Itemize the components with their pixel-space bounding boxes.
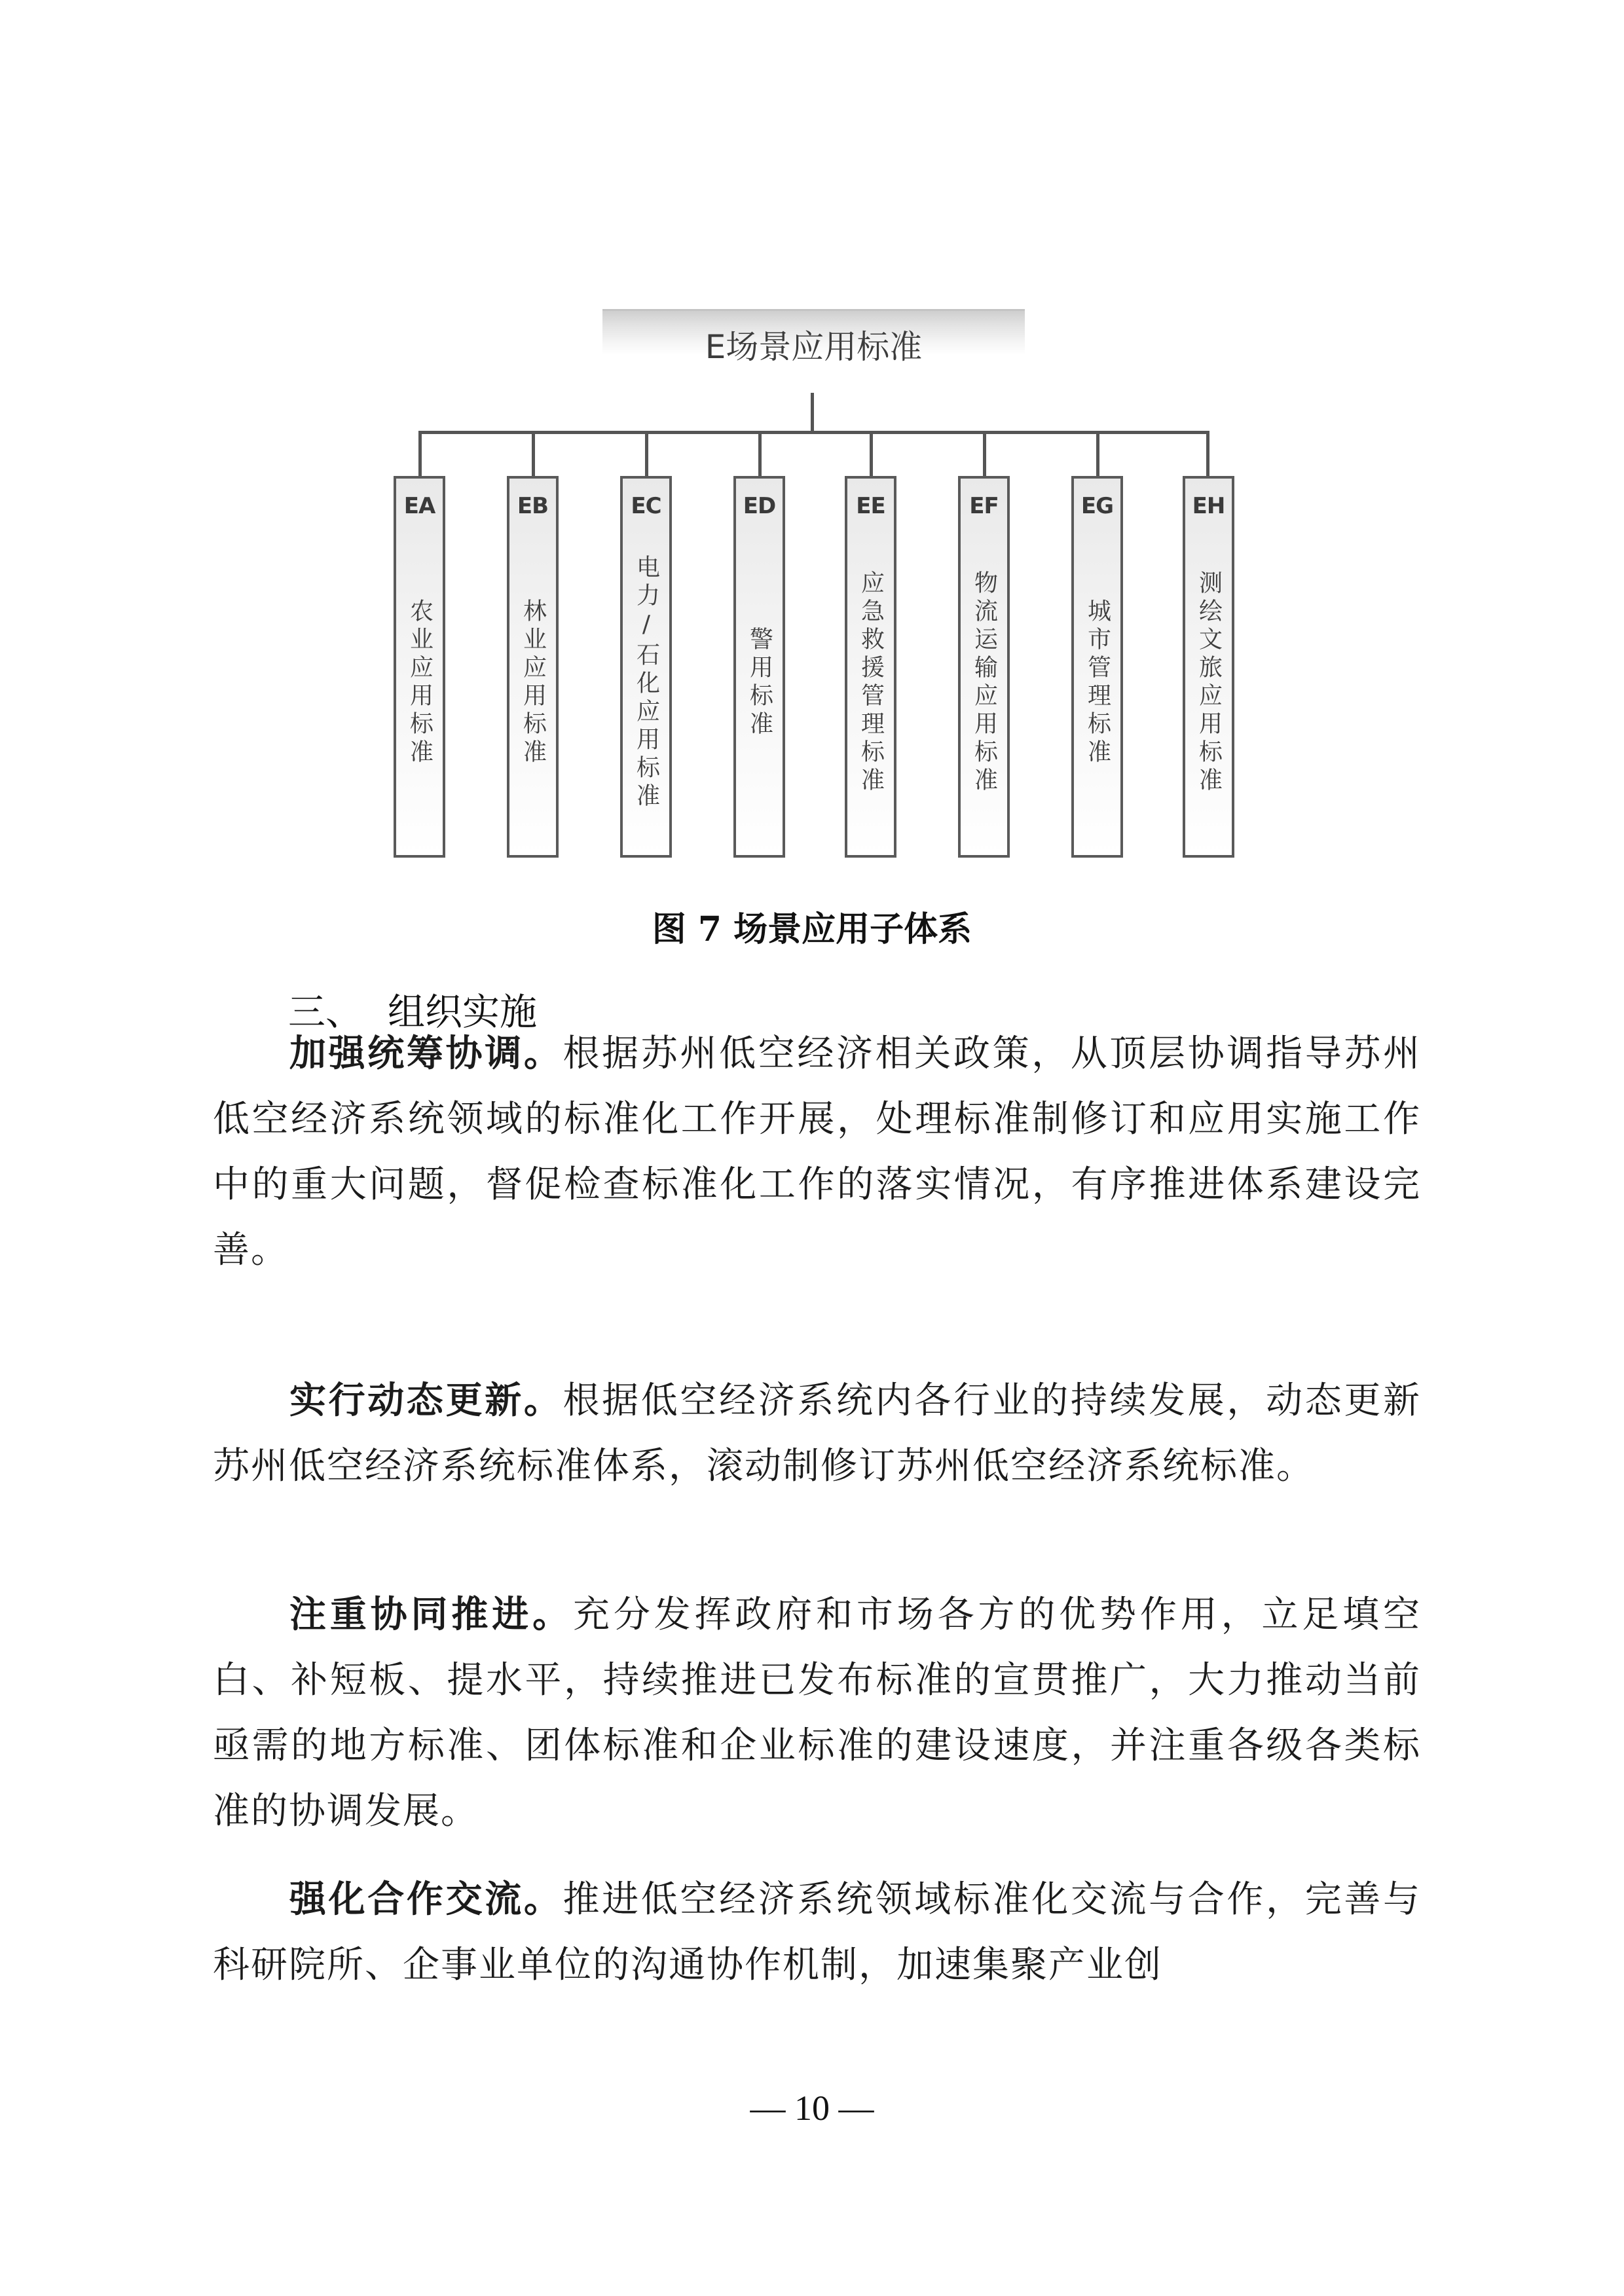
- node-code: EE: [847, 493, 894, 519]
- node-code: EB: [509, 493, 556, 519]
- node-name: 电力/石化应用标准: [633, 519, 659, 847]
- node-name: 警用标准: [747, 519, 773, 847]
- node-name: 应急救援管理标准: [858, 519, 884, 847]
- node-code: EG: [1074, 493, 1120, 519]
- node-name: 物流运输应用标准: [971, 519, 997, 847]
- branch-connector: [532, 431, 535, 478]
- node-ed: ED 警用标准: [733, 476, 785, 858]
- node-code: EC: [623, 493, 669, 519]
- node-code: EF: [961, 493, 1007, 519]
- branch-connector: [983, 431, 986, 478]
- horizontal-connector: [418, 431, 1209, 434]
- node-ee: EE 应急救援管理标准: [845, 476, 896, 858]
- branch-connector: [758, 431, 762, 478]
- paragraph-cooperation: 强化合作交流。推进低空经济系统领域标准化交流与合作，完善与科研院所、企事业单位的…: [213, 1867, 1421, 1998]
- node-name: 城市管理标准: [1084, 519, 1111, 847]
- branch-connector: [418, 431, 422, 478]
- node-code: EA: [396, 493, 443, 519]
- branch-connector: [1096, 431, 1099, 478]
- document-page: E场景应用标准 EA 农业应用标准 EB 林业应用标准 EC 电力/石化应用标准…: [0, 0, 1624, 2296]
- node-code: ED: [736, 493, 783, 519]
- page-number: — 10 —: [0, 2085, 1624, 2131]
- paragraph-coordination: 加强统筹协调。根据苏州低空经济相关政策，从顶层协调指导苏州低空经济系统领域的标准…: [213, 1021, 1421, 1283]
- node-code: EH: [1185, 493, 1232, 519]
- paragraph-dynamic-update: 实行动态更新。根据低空经济系统内各行业的持续发展，动态更新苏州低空经济系统标准体…: [213, 1368, 1421, 1499]
- root-connector: [811, 393, 814, 433]
- node-ef: EF 物流运输应用标准: [958, 476, 1010, 858]
- paragraph-lead: 加强统筹协调。: [289, 1032, 563, 1075]
- node-eg: EG 城市管理标准: [1071, 476, 1123, 858]
- branch-connector: [870, 431, 873, 478]
- node-eh: EH 测绘文旅应用标准: [1183, 476, 1234, 858]
- branch-connector: [645, 431, 648, 478]
- node-name: 农业应用标准: [407, 519, 433, 847]
- node-name: 测绘文旅应用标准: [1196, 519, 1222, 847]
- root-node-label: E场景应用标准: [602, 327, 1025, 367]
- branch-connector: [1206, 431, 1209, 478]
- paragraph-lead: 实行动态更新。: [289, 1379, 563, 1422]
- paragraph-lead: 注重协同推进。: [289, 1594, 573, 1636]
- paragraph-collaboration: 注重协同推进。充分发挥政府和市场各方的优势作用，立足填空白、补短板、提水平，持续…: [213, 1582, 1421, 1844]
- figure-caption: 图 7 场景应用子体系: [0, 907, 1624, 953]
- paragraph-lead: 强化合作交流。: [289, 1878, 563, 1921]
- node-ea: EA 农业应用标准: [394, 476, 445, 858]
- node-name: 林业应用标准: [520, 519, 546, 847]
- node-eb: EB 林业应用标准: [507, 476, 559, 858]
- node-ec: EC 电力/石化应用标准: [620, 476, 672, 858]
